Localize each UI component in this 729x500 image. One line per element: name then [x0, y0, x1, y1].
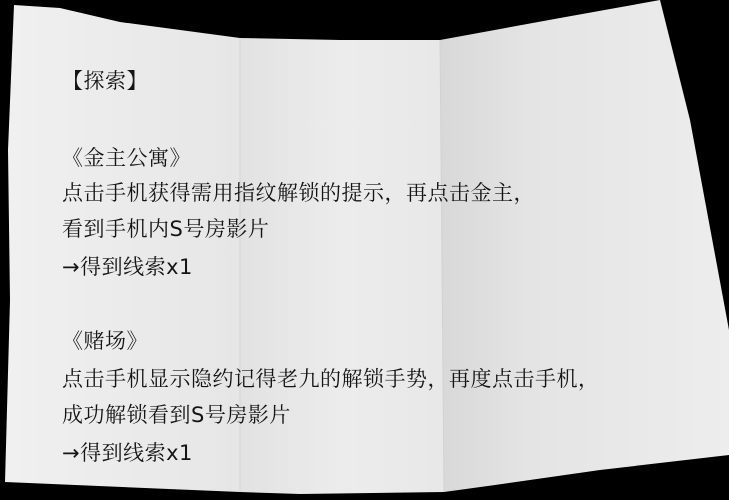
section-line: 成功解锁看到S号房影片	[62, 402, 291, 428]
section-line: 看到手机内S号房影片	[62, 216, 269, 242]
section-title-apartment: 《金主公寓》	[62, 145, 191, 171]
note-content: 【探索】 《金主公寓》 点击手机获得需用指纹解锁的提示，再点击金主， 看到手机内…	[0, 0, 729, 500]
clue-result: →得到线索x1	[62, 440, 193, 466]
section-line: 点击手机显示隐约记得老九的解锁手势，再度点击手机，	[62, 366, 600, 392]
note-heading: 【探索】	[62, 68, 148, 94]
clue-result: →得到线索x1	[62, 254, 193, 280]
section-title-casino: 《赌场》	[62, 328, 148, 354]
section-line: 点击手机获得需用指纹解锁的提示，再点击金主，	[62, 180, 535, 206]
